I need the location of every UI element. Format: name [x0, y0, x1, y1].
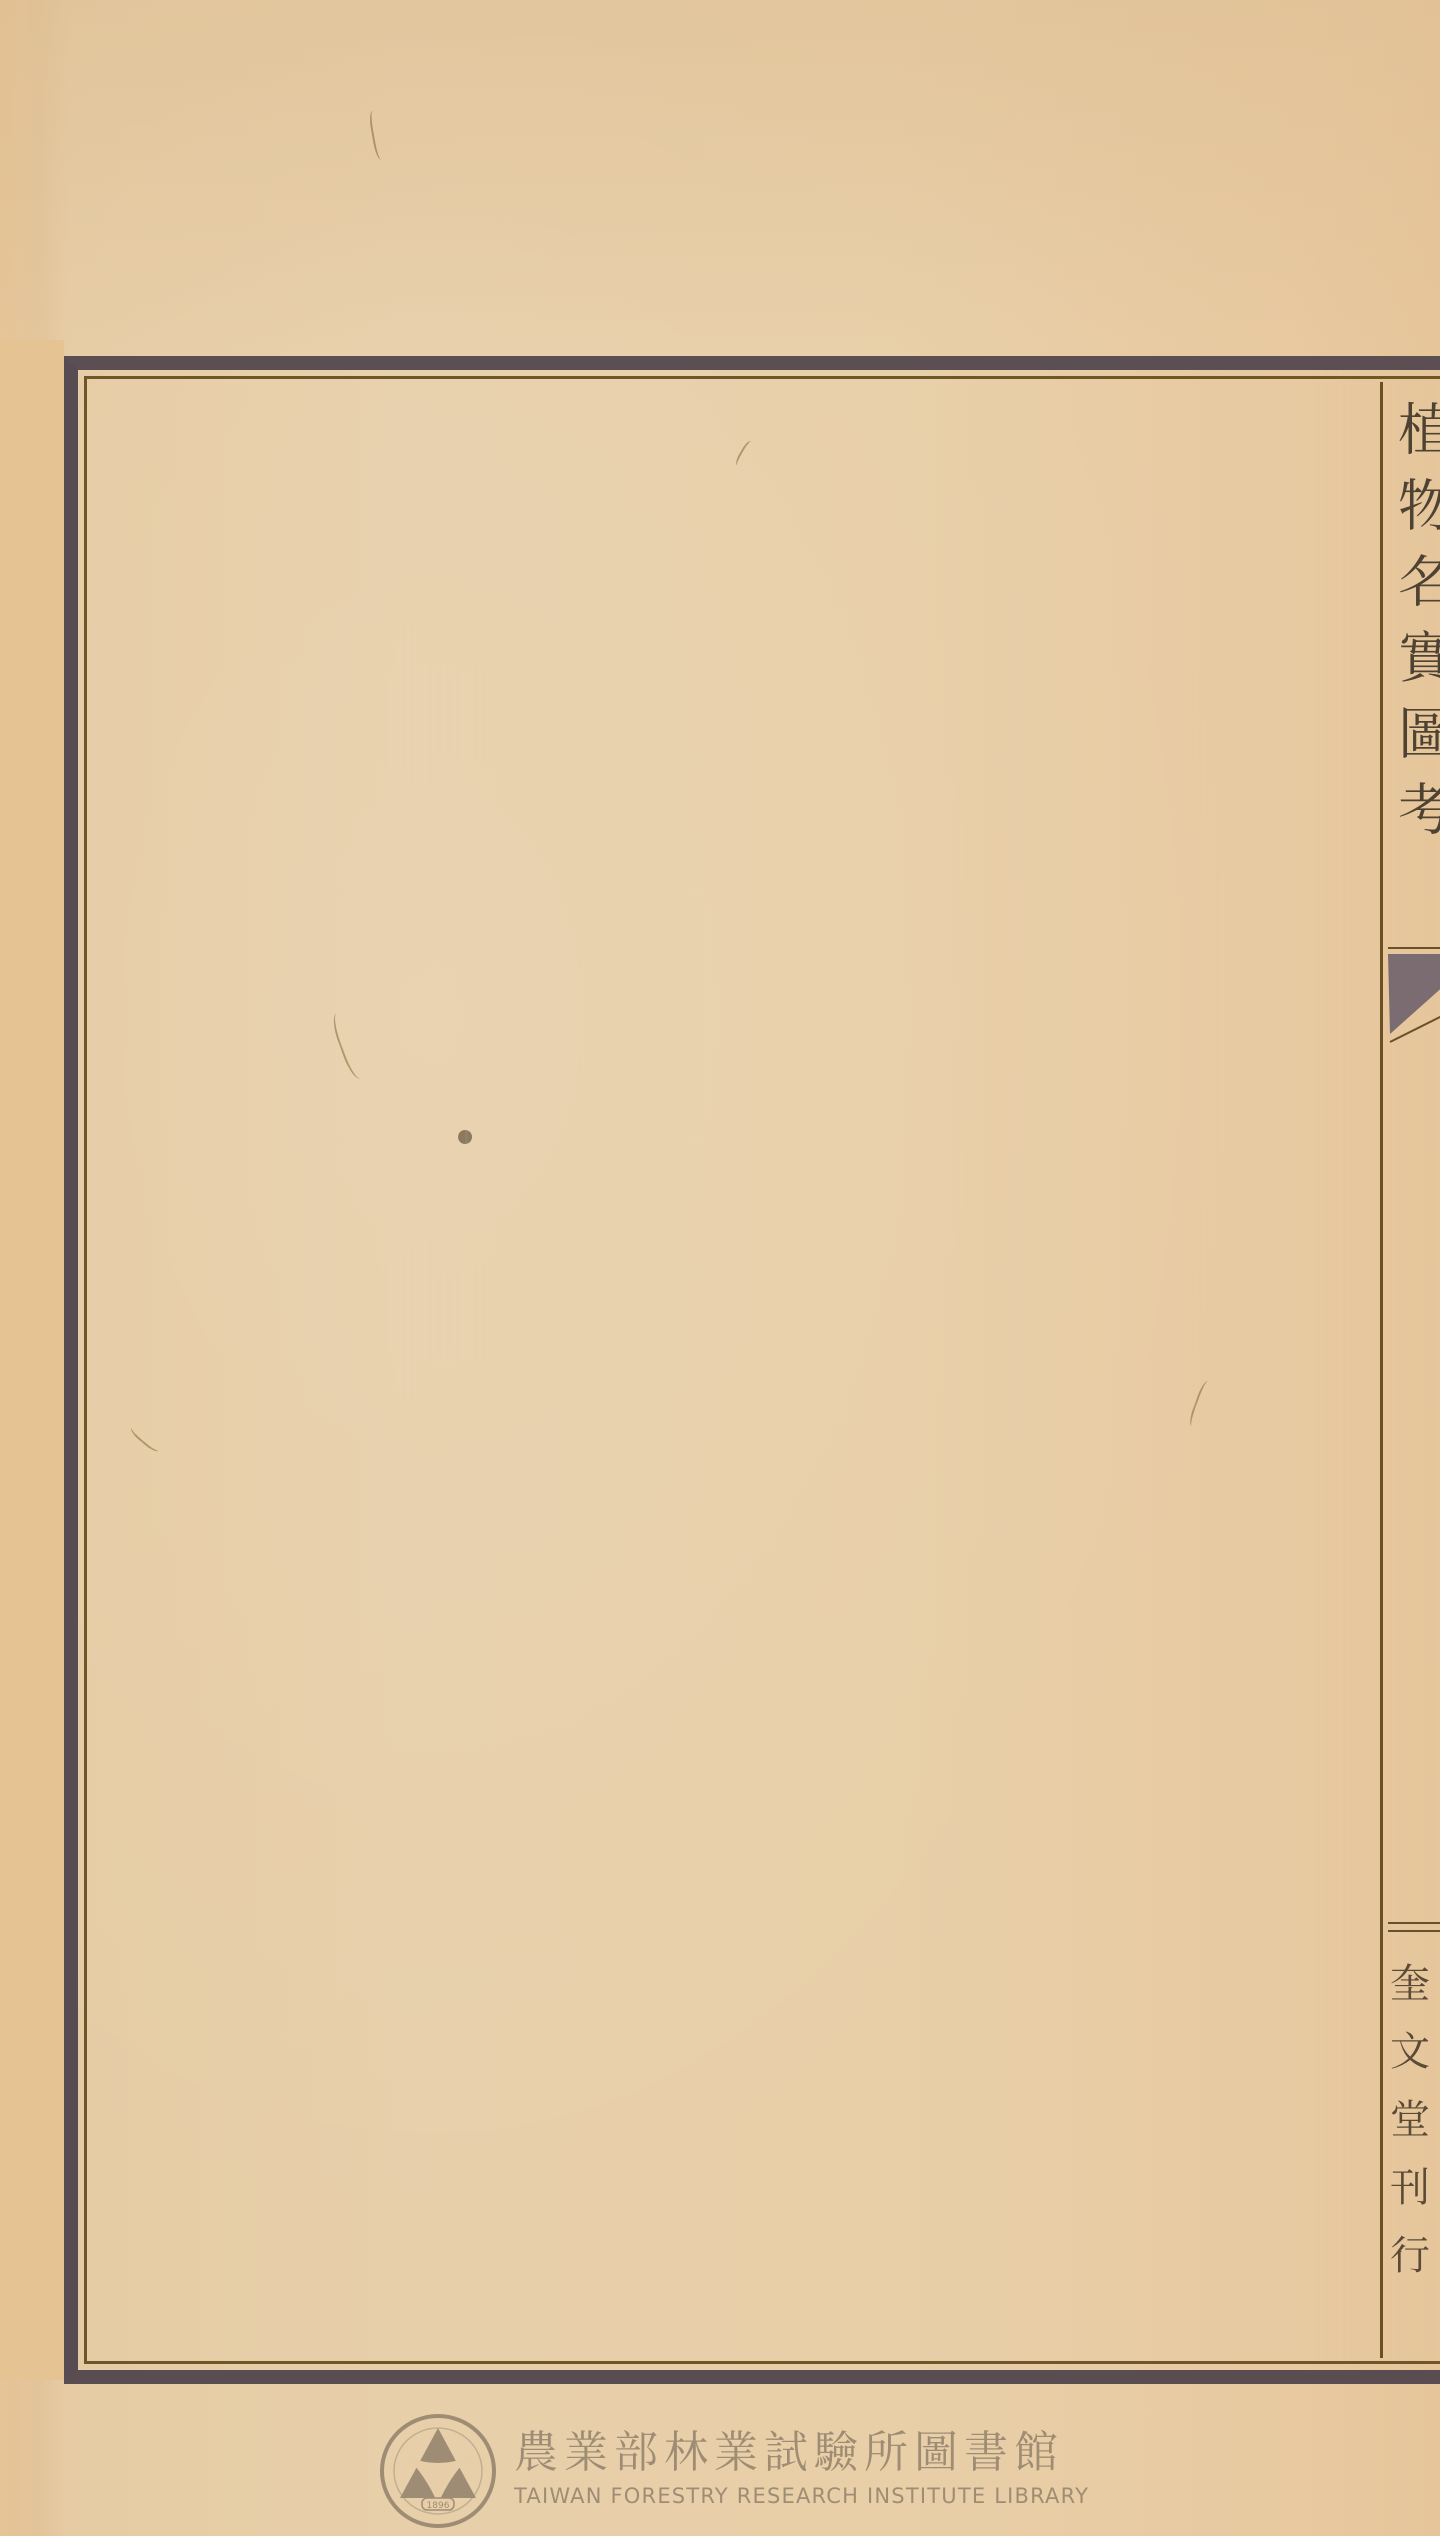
svg-text:1896: 1896	[427, 2501, 450, 2511]
fold-column-rule	[1380, 382, 1383, 2358]
institute-logo-icon: 1896	[376, 2412, 500, 2530]
left-page-edge	[0, 340, 64, 2380]
scanned-page: 植物名實圖考 奎 文 堂 刊 行 1896 農業部林業試驗所圖書館 TAIWAN…	[0, 0, 1440, 2536]
publisher-char: 文	[1390, 2018, 1440, 2086]
publisher-char: 刊	[1390, 2154, 1440, 2222]
publisher-char: 奎	[1390, 1950, 1440, 2018]
publisher-char: 堂	[1390, 2086, 1440, 2154]
library-watermark: 1896 農業部林業試驗所圖書館 TAIWAN FORESTRY RESEARC…	[376, 2412, 1076, 2530]
fishtail-icon	[1386, 944, 1440, 1044]
publisher-char: 行	[1390, 2222, 1440, 2290]
publisher-mark: 奎 文 堂 刊 行	[1390, 1950, 1440, 2290]
inner-border-frame	[84, 376, 1440, 2364]
fold-column-title: 植物名實圖考	[1390, 400, 1440, 940]
publisher-divider	[1388, 1930, 1440, 1932]
publisher-divider	[1388, 1922, 1440, 1924]
page-top-margin	[0, 0, 1440, 360]
library-name-zh: 農業部林業試驗所圖書館	[514, 2416, 1064, 2480]
library-name-en: TAIWAN FORESTRY RESEARCH INSTITUTE LIBRA…	[514, 2484, 1089, 2508]
